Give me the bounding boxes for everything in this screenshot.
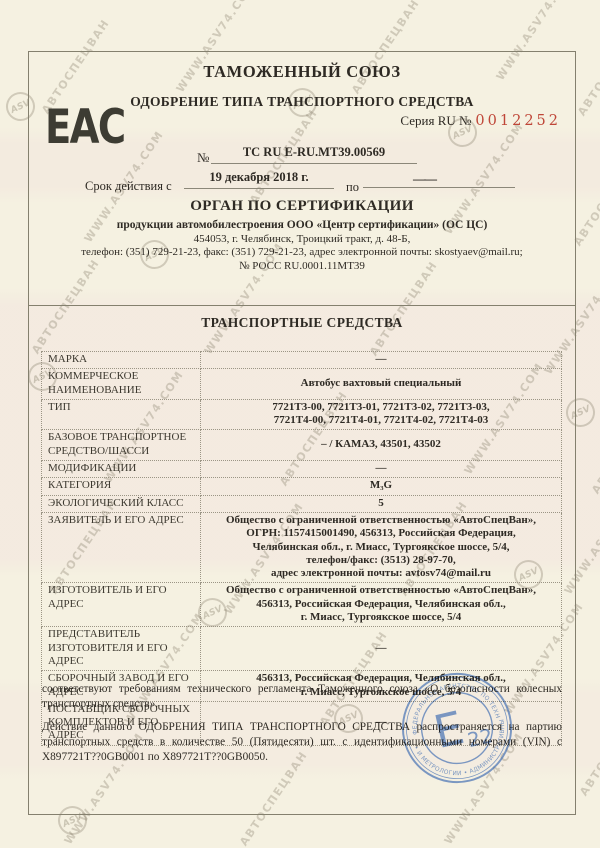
row-value: М₃G [201,478,562,495]
certification-body-block: ОРГАН ПО СЕРТИФИКАЦИИ продукции автомоби… [29,198,575,273]
row-value: — [201,461,562,478]
certificate-page: АВТОСПЕЦВАНWWW.ASV74.COMАВТОСПЕЦВАНWWW.A… [0,0,600,848]
row-label: МОДИФИКАЦИИ [42,461,201,478]
certification-body-reg-number: № РОСС RU.0001.11МТ39 [29,260,575,274]
series-label: Серия RU № [400,113,471,128]
validity-label: Срок действия с [85,179,172,194]
eac-conformity-mark: ЕАС [45,104,125,151]
document-frame: ТАМОЖЕННЫЙ СОЮЗ ОДОБРЕНИЕ ТИПА ТРАНСПОРТ… [28,51,576,815]
validity-to-underline [363,170,515,188]
row-label: ТИП [42,399,201,430]
approval-number: TC RU E-RU.MT39.00569 [211,145,417,164]
validity-to-dash: —— [413,171,435,187]
row-label: ЗАЯВИТЕЛЬ И ЕГО АДРЕС [42,512,201,582]
section-divider [28,305,575,306]
table-row: МАРКА— [42,352,562,369]
vehicles-section-title: ТРАНСПОРТНЫЕ СРЕДСТВА [29,315,575,331]
table-row: ИЗГОТОВИТЕЛЬ И ЕГО АДРЕСОбщество с огран… [42,583,562,627]
certification-body-address: 454053, г. Челябинск, Троицкий тракт, д.… [29,233,575,247]
row-value: Общество с ограниченной ответственностью… [201,583,562,627]
table-row: ЗАЯВИТЕЛЬ И ЕГО АДРЕСОбщество с ограниче… [42,512,562,582]
approval-number-line: № TC RU E-RU.MT39.00569 [29,145,575,169]
validity-line: Срок действия с 19 декабря 2018 г. по —— [29,169,575,193]
watermark-text: АВТОСПЕЦВАН [575,19,600,119]
watermark-text: АВТОСПЕЦВАН [589,397,600,497]
row-value: 5 [201,495,562,512]
row-label: МАРКА [42,352,201,369]
row-label: БАЗОВОЕ ТРАНСПОРТНОЕ СРЕДСТВО/ШАССИ [42,430,201,461]
validity-from-date: 19 декабря 2018 г. [184,170,334,189]
series-line: Серия RU №0012252 [400,113,561,129]
row-value: Общество с ограниченной ответственностью… [201,512,562,582]
validity-to-label: по [346,180,359,195]
certification-body-contacts: телефон: (351) 729-21-23, факс: (351) 72… [29,246,575,260]
row-value: 7721Т3-00, 7721Т3-01, 7721Т3-02, 7721Т3-… [201,399,562,430]
row-label: ЭКОЛОГИЧЕСКИЙ КЛАСС [42,495,201,512]
row-value: Автобус вахтовый специальный [201,369,562,400]
row-label: ИЗГОТОВИТЕЛЬ И ЕГО АДРЕС [42,583,201,627]
row-value: — [201,352,562,369]
certification-body-title: ОРГАН ПО СЕРТИФИКАЦИИ [29,198,575,215]
customs-union-heading: ТАМОЖЕННЫЙ СОЮЗ [29,52,575,82]
table-row: БАЗОВОЕ ТРАНСПОРТНОЕ СРЕДСТВО/ШАССИ– / К… [42,430,562,461]
certification-body-name: продукции автомобилестроения ООО «Центр … [29,219,575,233]
series-number: 0012252 [475,113,561,129]
footer-block: соответствуют требованиям технического р… [42,682,562,773]
compliance-paragraph: соответствуют требованиям технического р… [42,682,562,713]
number-sign: № [197,150,209,166]
row-label: ПРЕДСТАВИТЕЛЬ ИЗГОТОВИТЕЛЯ И ЕГО АДРЕС [42,627,201,671]
row-value: – / КАМАЗ, 43501, 43502 [201,430,562,461]
batch-paragraph: Действие данного ОДОБРЕНИЯ ТИПА ТРАНСПОР… [42,720,562,766]
table-row: МОДИФИКАЦИИ— [42,461,562,478]
table-row: КАТЕГОРИЯМ₃G [42,478,562,495]
row-label: КОММЕРЧЕСКОЕ НАИМЕНОВАНИЕ [42,369,201,400]
row-label: КАТЕГОРИЯ [42,478,201,495]
watermark-text: АВТОСПЕЦВАН [577,699,600,799]
table-row: ПРЕДСТАВИТЕЛЬ ИЗГОТОВИТЕЛЯ И ЕГО АДРЕС— [42,627,562,671]
table-row: ЭКОЛОГИЧЕСКИЙ КЛАСС5 [42,495,562,512]
table-row: ТИП7721Т3-00, 7721Т3-01, 7721Т3-02, 7721… [42,399,562,430]
row-value: — [201,627,562,671]
table-row: КОММЕРЧЕСКОЕ НАИМЕНОВАНИЕАвтобус вахтовы… [42,369,562,400]
